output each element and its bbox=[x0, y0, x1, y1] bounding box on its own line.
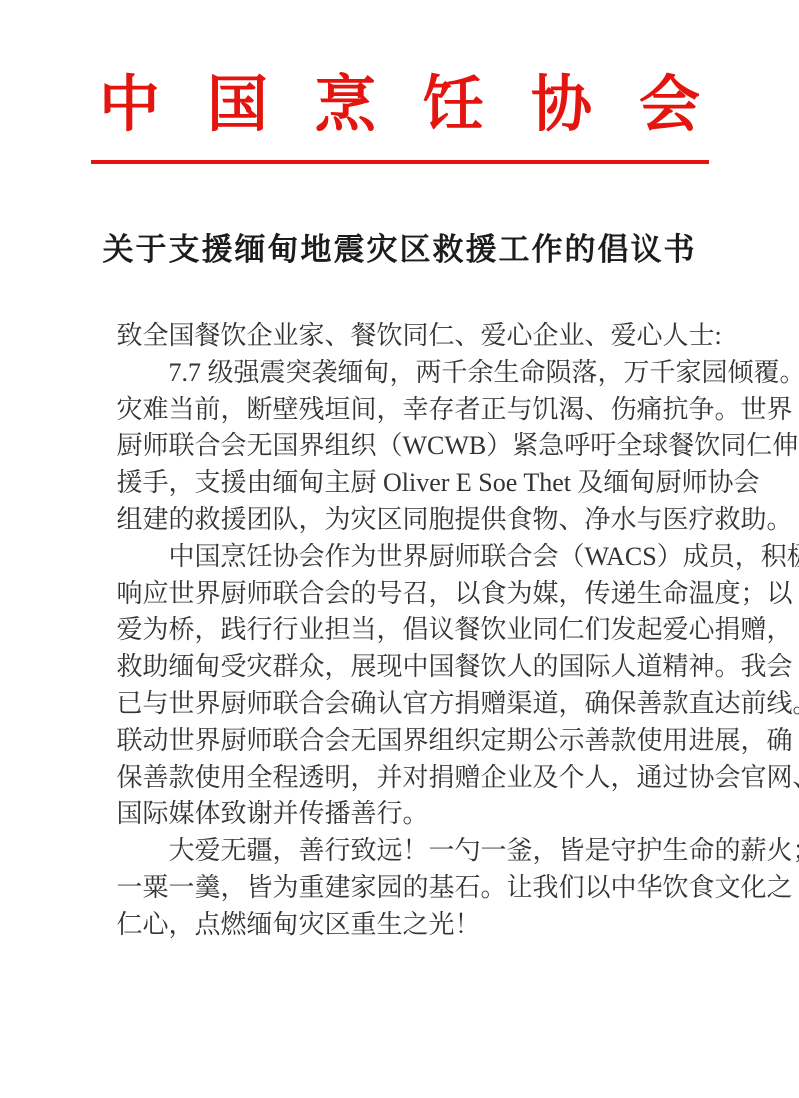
document-body: 致全国餐饮企业家、餐饮同仁、爱心企业、爱心人士: 7.7 级强震突袭缅甸，两千余… bbox=[117, 318, 683, 944]
body-line: 仁心，点燃缅甸灾区重生之光！ bbox=[117, 907, 683, 944]
body-line: 保善款使用全程透明，并对捐赠企业及个人，通过协会官网、 bbox=[117, 760, 683, 797]
body-line: 厨师联合会无国界组织（WCWB）紧急呼吁全球餐饮同仁伸出 bbox=[117, 428, 683, 465]
body-line: 中国烹饪协会作为世界厨师联合会（WACS）成员，积极 bbox=[117, 539, 683, 576]
body-line: 援手，支援由缅甸主厨 Oliver E Soe Thet 及缅甸厨师协会 bbox=[117, 465, 683, 502]
body-line: 国际媒体致谢并传播善行。 bbox=[117, 796, 683, 833]
document-title: 关于支援缅甸地震灾区救援工作的倡议书 bbox=[0, 230, 799, 270]
body-line: 救助缅甸受灾群众，展现中国餐饮人的国际人道精神。我会 bbox=[117, 649, 683, 686]
body-line: 响应世界厨师联合会的号召，以食为媒，传递生命温度；以 bbox=[117, 576, 683, 613]
body-line: 已与世界厨师联合会确认官方捐赠渠道，确保善款直达前线。 bbox=[117, 686, 683, 723]
org-name: 中国烹饪协会 bbox=[0, 0, 799, 150]
body-line: 7.7 级强震突袭缅甸，两千余生命陨落，万千家园倾覆。 bbox=[117, 355, 683, 392]
body-line: 组建的救援团队，为灾区同胞提供食物、净水与医疗救助。 bbox=[117, 502, 683, 539]
body-line: 一粟一羹，皆为重建家园的基石。让我们以中华饮食文化之 bbox=[117, 870, 683, 907]
body-line: 大爱无疆，善行致远！一勺一釜，皆是守护生命的薪火； bbox=[117, 833, 683, 870]
salutation-line: 致全国餐饮企业家、餐饮同仁、爱心企业、爱心人士: bbox=[117, 318, 683, 355]
body-line: 爱为桥，践行行业担当，倡议餐饮业同仁们发起爱心捐赠， bbox=[117, 612, 683, 649]
body-line: 联动世界厨师联合会无国界组织定期公示善款使用进展，确 bbox=[117, 723, 683, 760]
letterhead-divider bbox=[91, 160, 709, 164]
letterhead: 中国烹饪协会 bbox=[0, 0, 799, 164]
document-page: 中国烹饪协会 关于支援缅甸地震灾区救援工作的倡议书 致全国餐饮企业家、餐饮同仁、… bbox=[0, 0, 799, 1098]
body-line: 灾难当前，断壁残垣间，幸存者正与饥渴、伤痛抗争。世界 bbox=[117, 392, 683, 429]
